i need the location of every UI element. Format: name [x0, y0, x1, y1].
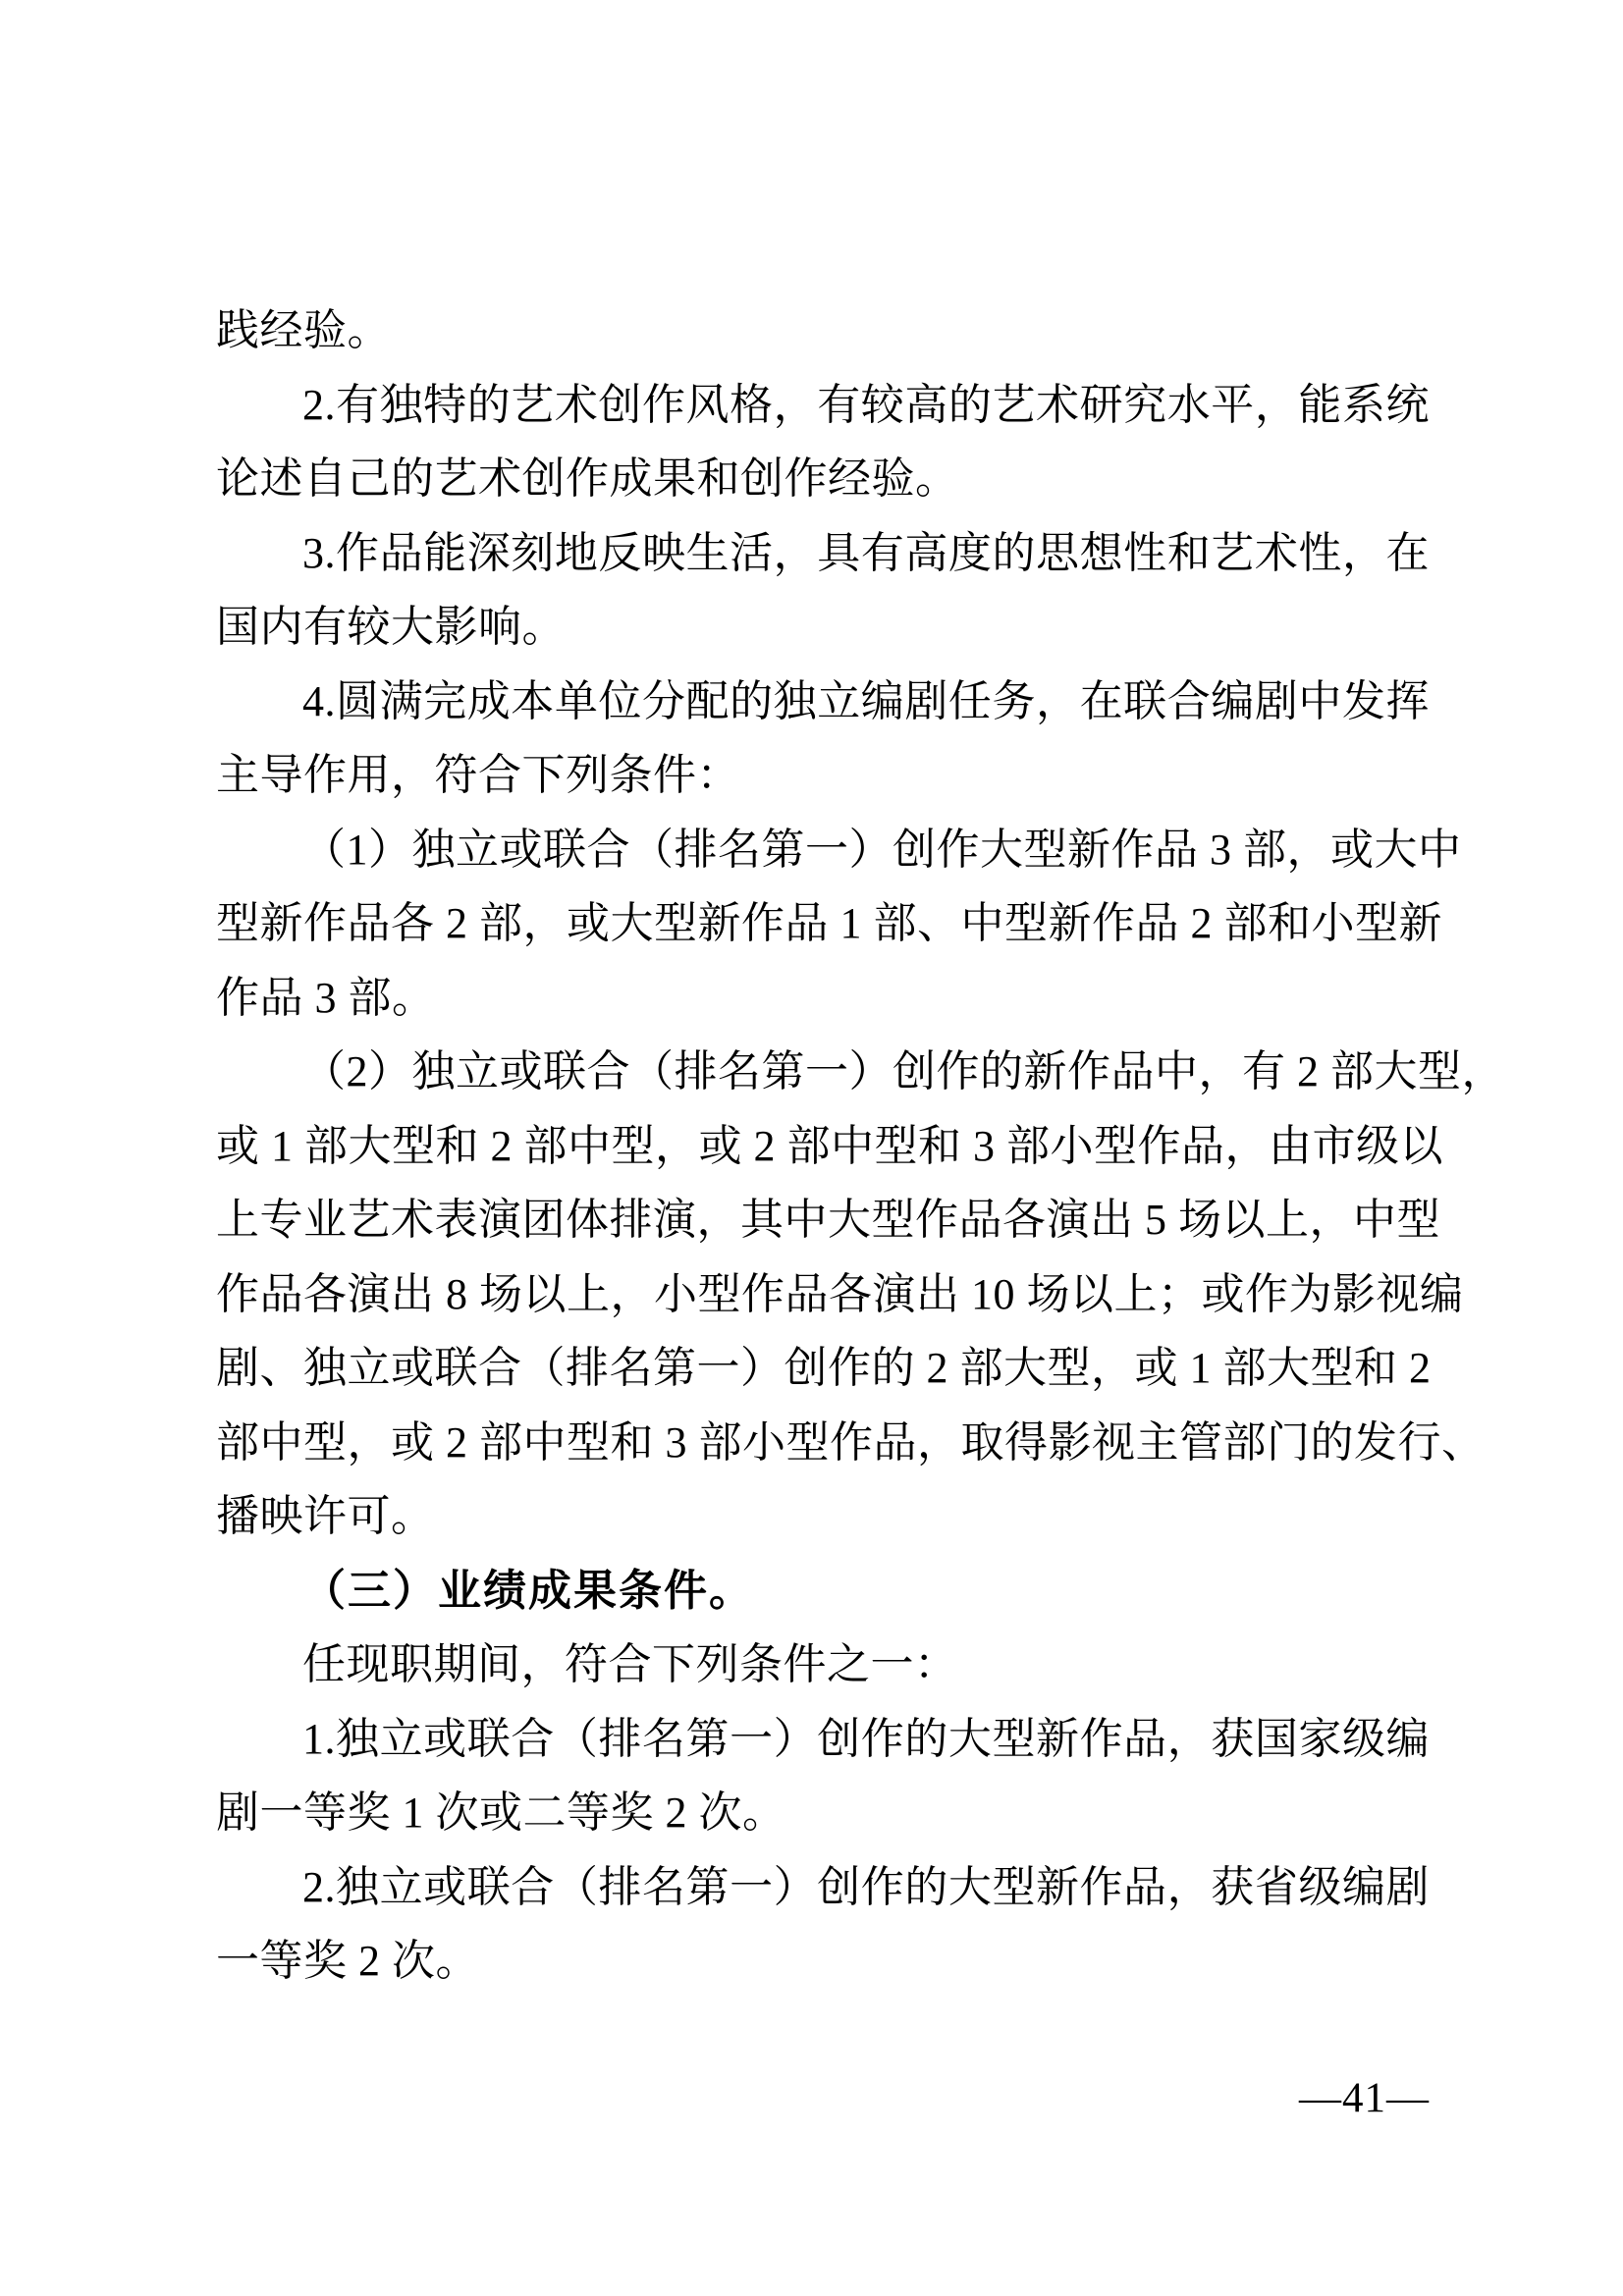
text-line: 播映许可。: [216, 1479, 1430, 1554]
text-line: 作品各演出 8 场以上，小型作品各演出 10 场以上；或作为影视编: [216, 1257, 1430, 1332]
text-line: 3.作品能深刻地反映生活，具有高度的思想性和艺术性，在: [216, 516, 1430, 591]
text-line: 1.独立或联合（排名第一）创作的大型新作品，获国家级编: [216, 1702, 1430, 1777]
text-line: 2.独立或联合（排名第一）创作的大型新作品，获省级编剧: [216, 1850, 1430, 1925]
text-line: 践经验。: [216, 294, 1430, 368]
document-body: 践经验。 2.有独特的艺术创作风格，有较高的艺术研究水平，能系统 论述自己的艺术…: [216, 294, 1430, 1999]
text-line: 部中型，或 2 部中型和 3 部小型作品，取得影视主管部门的发行、: [216, 1406, 1430, 1480]
text-line: 剧一等奖 1 次或二等奖 2 次。: [216, 1776, 1430, 1850]
text-line: 论述自己的艺术创作成果和创作经验。: [216, 442, 1430, 516]
page-number: —41—: [216, 2064, 1430, 2133]
text-line: 4.圆满完成本单位分配的独立编剧任务，在联合编剧中发挥: [216, 665, 1430, 739]
text-line: （2）独立或联合（排名第一）创作的新作品中，有 2 部大型，: [216, 1035, 1430, 1109]
text-line: 一等奖 2 次。: [216, 1924, 1430, 1999]
text-line: 或 1 部大型和 2 部中型，或 2 部中型和 3 部小型作品，由市级以: [216, 1109, 1430, 1184]
text-line: （1）独立或联合（排名第一）创作大型新作品 3 部，或大中: [216, 813, 1430, 887]
text-line: 国内有较大影响。: [216, 590, 1430, 665]
text-line: 作品 3 部。: [216, 961, 1430, 1036]
text-line: 剧、独立或联合（排名第一）创作的 2 部大型，或 1 部大型和 2: [216, 1331, 1430, 1406]
text-line: 2.有独特的艺术创作风格，有较高的艺术研究水平，能系统: [216, 368, 1430, 443]
text-line: 上专业艺术表演团体排演，其中大型作品各演出 5 场以上，中型: [216, 1183, 1430, 1257]
text-line: 任现职期间，符合下列条件之一：: [216, 1628, 1430, 1702]
text-line: 型新作品各 2 部，或大型新作品 1 部、中型新作品 2 部和小型新: [216, 886, 1430, 961]
document-page: 践经验。 2.有独特的艺术创作风格，有较高的艺术研究水平，能系统 论述自己的艺术…: [0, 0, 1623, 2296]
section-heading: （三）业绩成果条件。: [216, 1554, 1430, 1629]
text-line: 主导作用，符合下列条件：: [216, 738, 1430, 813]
